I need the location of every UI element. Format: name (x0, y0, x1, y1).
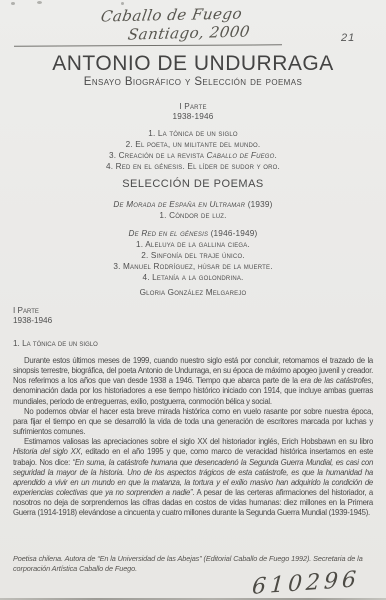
chapter-item: 4. Red en el génesis. El líder de sudor … (0, 162, 386, 171)
author-byline: Gloria González Melgarejo (0, 288, 386, 297)
book-year: (1946-1949) (208, 229, 257, 238)
scanned-page: Caballo de Fuego Santiago, 2000 21 ANTON… (0, 0, 386, 600)
body-paragraph: Durante estos últimos meses de 1999, cua… (13, 356, 373, 407)
poems-section-heading: SELECCIÓN DE POEMAS (0, 178, 386, 190)
book-year: (1939) (245, 200, 272, 209)
handwriting-annotation-line2: Santiago, 2000 (127, 22, 252, 43)
chapter-text: 1. La tónica de un siglo (148, 129, 238, 138)
poem-item: 1. Aleluya de la gallina ciega. (0, 240, 386, 249)
body-text: Durante estos últimos meses de 1999, cua… (13, 356, 373, 519)
poem-item: 2. Sinfonía del traje único. (0, 251, 386, 260)
chapter-text: 2. El poeta, un militante del mundo. (126, 140, 261, 149)
scan-speck (37, 1, 42, 4)
poem-item: 1. Cóndor de luz. (0, 211, 386, 220)
chapter-item: 2. El poeta, un militante del mundo. (0, 140, 386, 149)
document-subtitle: Ensayo Biográfico y Selección de poemas (0, 76, 386, 88)
index-part-heading: I Parte (0, 102, 386, 111)
scan-speck (121, 2, 124, 5)
poem-item: 3. Manuel Rodríguez, húsar de la muerte. (0, 262, 386, 271)
chapter-text: 3. Creación de la revista (109, 151, 207, 160)
chapter-item: 1. La tónica de un siglo (0, 129, 386, 138)
body-part-years: 1938-1946 (13, 316, 52, 325)
body-paragraph: No podemos obviar el hacer esta breve mi… (13, 407, 373, 437)
book-heading: De Morada de España en Ultramar (1939) (0, 200, 386, 209)
book-heading: De Red en el génesis (1946-1949) (0, 229, 386, 238)
page-number: 21 (341, 32, 355, 44)
index-part-years: 1938-1946 (0, 112, 386, 121)
body-paragraph: Estimamos valiosas las apreciaciones sob… (13, 437, 373, 518)
body-part-heading: I Parte (13, 306, 39, 315)
chapter-item: 3. Creación de la revista Caballo de Fue… (0, 151, 386, 160)
scan-speck (11, 2, 15, 5)
document-title: ANTONIO DE UNDURRAGA (0, 52, 386, 76)
book-title: De Red en el génesis (129, 229, 209, 238)
section-heading: 1. La tónica de un siglo (13, 339, 98, 348)
chapter-text: 4. Red en el génesis. El líder de sudor … (106, 162, 280, 171)
poem-item: 4. Letanía a la golondrina. (0, 273, 386, 282)
annotation-underline (14, 44, 282, 46)
book-title: De Morada de España en Ultramar (113, 200, 245, 209)
